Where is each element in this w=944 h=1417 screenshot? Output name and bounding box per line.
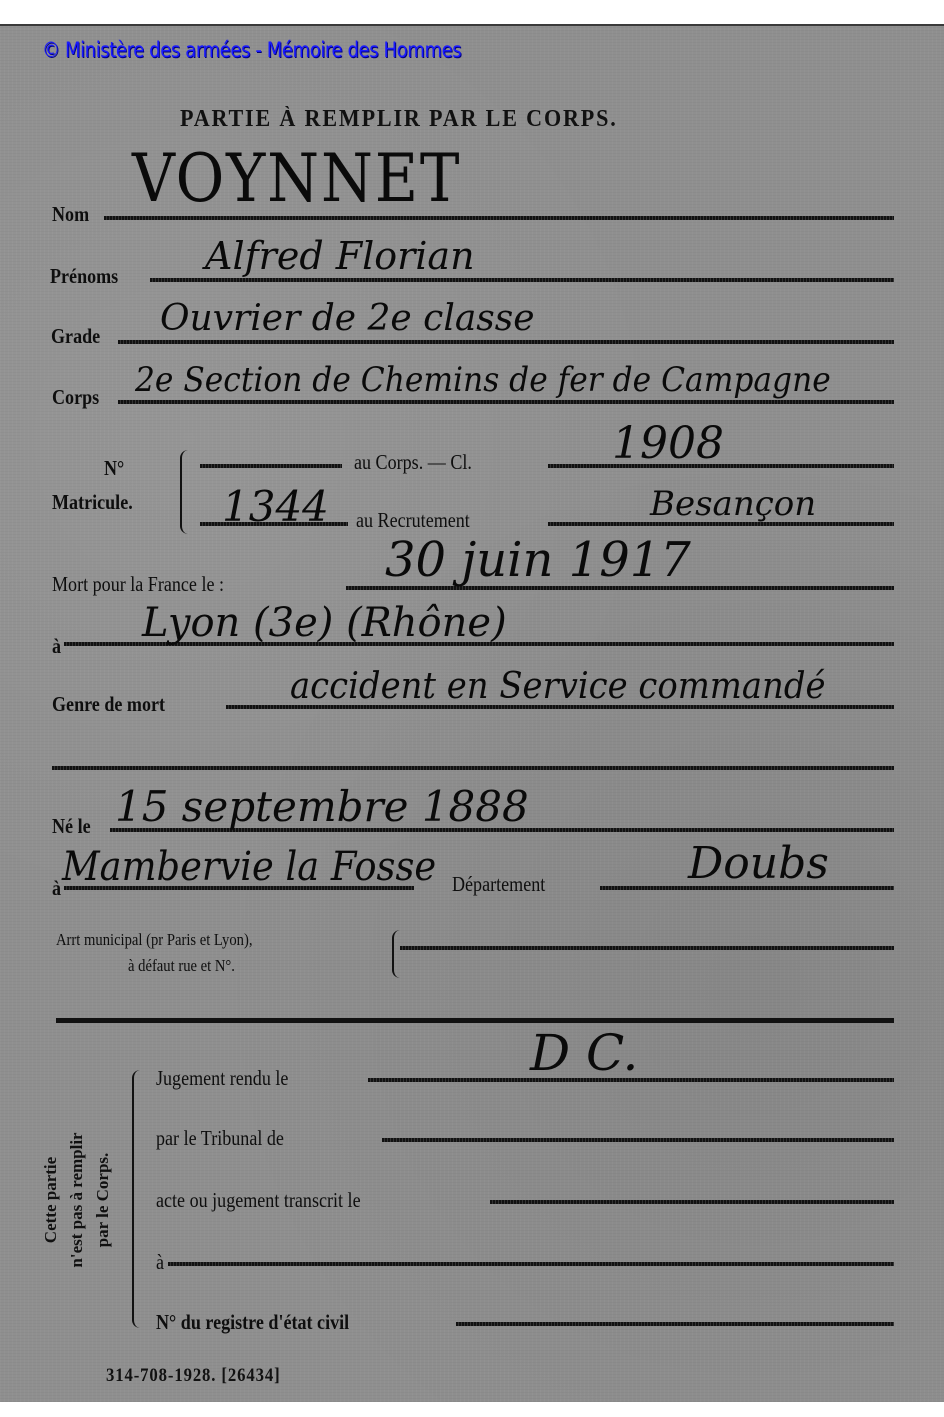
mort-le-label: Mort pour la France le :	[52, 572, 224, 597]
arrondissement-label-line1: Arrt municipal (pr Paris et Lyon),	[56, 930, 253, 950]
mort-le-value: 30 juin 1917	[385, 532, 691, 588]
grade-line	[118, 340, 894, 344]
prenoms-value: Alfred Florian	[205, 234, 475, 278]
genre-de-mort-value: accident en Service commandé	[290, 666, 826, 707]
mort-a-label: à	[52, 634, 61, 659]
grade-label: Grade	[51, 324, 100, 349]
transcrit-label: acte ou jugement transcrit le	[156, 1188, 361, 1213]
au-corps-line	[200, 464, 342, 468]
departement-value: Doubs	[688, 838, 829, 889]
ne-le-value: 15 septembre 1888	[115, 782, 529, 831]
print-reference: 314-708-1928. [26434]	[106, 1365, 281, 1387]
side-note-line-3: par le Corps.	[90, 1100, 116, 1300]
recrutement-value: Besançon	[650, 484, 816, 524]
prenoms-label: Prénoms	[50, 264, 118, 289]
departement-label: Département	[452, 872, 545, 897]
side-note-line-1: Cette partie	[38, 1100, 64, 1300]
ne-a-label: à	[52, 876, 61, 901]
tribunal-line	[382, 1138, 894, 1142]
nom-label: Nom	[52, 202, 89, 227]
blank-line	[52, 766, 894, 770]
form-title: PARTIE À REMPLIR PAR LE CORPS.	[180, 106, 618, 133]
registre-line	[456, 1322, 894, 1326]
matricule-no-label: N°	[104, 456, 124, 481]
civil-section-side-note: Cette partie n'est pas à remplir par le …	[38, 1100, 116, 1300]
civil-section-brace	[132, 1070, 144, 1328]
transcrit-line	[490, 1200, 894, 1204]
copyright-watermark: © Ministère des armées - Mémoire des Hom…	[42, 38, 461, 62]
nom-value: VOYNNET	[132, 140, 461, 217]
corps-line	[118, 400, 894, 404]
ne-a-value: Mambervie la Fosse	[62, 844, 436, 890]
arrondissement-brace	[392, 930, 400, 978]
au-corps-label: au Corps. — Cl.	[354, 450, 472, 475]
recrutement-number-value: 1344	[222, 482, 329, 531]
prenoms-line	[150, 278, 894, 282]
mort-a-value: Lyon (3e) (Rhône)	[142, 600, 507, 646]
arrondissement-line	[400, 946, 894, 950]
arrondissement-label-line2: à défaut rue et N°.	[128, 956, 235, 976]
grade-value: Ouvrier de 2e classe	[160, 298, 535, 339]
recrutement-label: au Recrutement	[356, 508, 470, 533]
section-separator	[56, 1018, 894, 1023]
jugement-rendu-value: D C.	[530, 1024, 638, 1082]
registre-label: N° du registre d'état civil	[156, 1310, 349, 1335]
corps-value: 2e Section de Chemins de fer de Campagne	[135, 360, 831, 400]
ne-le-label: Né le	[52, 814, 91, 839]
transcrit-a-label: à	[156, 1250, 164, 1275]
jugement-rendu-label: Jugement rendu le	[156, 1066, 288, 1091]
transcrit-a-line	[168, 1262, 894, 1266]
classe-value: 1908	[612, 418, 724, 469]
tribunal-label: par le Tribunal de	[156, 1126, 284, 1151]
matricule-brace	[180, 450, 192, 534]
side-note-line-2: n'est pas à remplir	[64, 1100, 90, 1300]
corps-label: Corps	[52, 385, 99, 410]
genre-de-mort-label: Genre de mort	[52, 692, 165, 717]
matricule-label: Matricule.	[52, 490, 133, 515]
